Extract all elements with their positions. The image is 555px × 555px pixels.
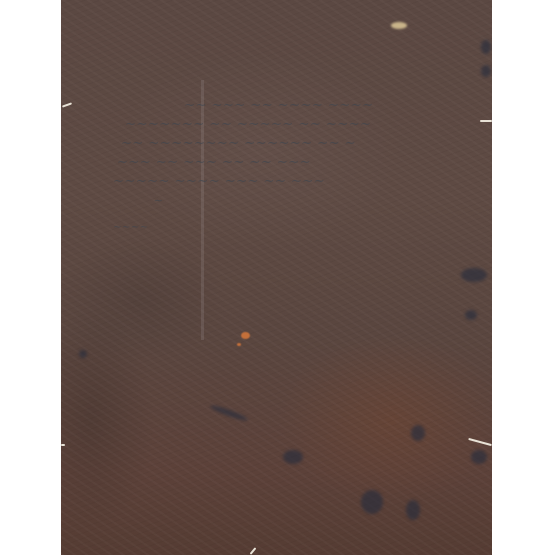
rust-speck bbox=[241, 332, 250, 339]
inscription-line: ~~~~~~~ ~~ ~~~~~ ~~ ~~~~ bbox=[123, 115, 492, 134]
dark-stain bbox=[79, 350, 87, 358]
inscription-line: ~ bbox=[107, 191, 491, 210]
dark-stain bbox=[461, 268, 487, 282]
inscription-line: ~~ ~~~~~~~~ ~~~~~~ ~~ ~ bbox=[119, 134, 492, 153]
dark-stain bbox=[361, 490, 383, 514]
rust-speck bbox=[237, 343, 241, 346]
dark-stain bbox=[465, 310, 477, 320]
dark-stain bbox=[411, 425, 425, 441]
wooden-panel: ~~ ~~~ ~~ ~~~~ ~~~~ ~~~~~~~ ~~ ~~~~~ ~~ … bbox=[61, 0, 492, 555]
inscription-line: ~~~ ~~ ~~~ ~~ ~~ ~~~ bbox=[115, 153, 492, 172]
nail bbox=[480, 120, 492, 122]
dark-stain bbox=[481, 65, 491, 77]
nail bbox=[61, 444, 65, 446]
inscription-line: ~~ ~~~ ~~ ~~~~ ~~~~ bbox=[127, 96, 492, 115]
light-spot bbox=[391, 22, 407, 29]
dark-stain bbox=[481, 40, 491, 54]
handwritten-inscription: ~~ ~~~ ~~ ~~~~ ~~~~ ~~~~~~~ ~~ ~~~~~ ~~ … bbox=[101, 96, 492, 237]
dark-stain bbox=[406, 500, 420, 520]
dark-stain bbox=[471, 450, 487, 464]
inscription-line: ~~~~ bbox=[101, 218, 485, 237]
inscription-line: ~~~~~ ~~~~ ~~~ ~~ ~~~ bbox=[111, 172, 492, 191]
wood-grain-texture bbox=[61, 0, 492, 555]
dark-stain bbox=[283, 450, 303, 464]
